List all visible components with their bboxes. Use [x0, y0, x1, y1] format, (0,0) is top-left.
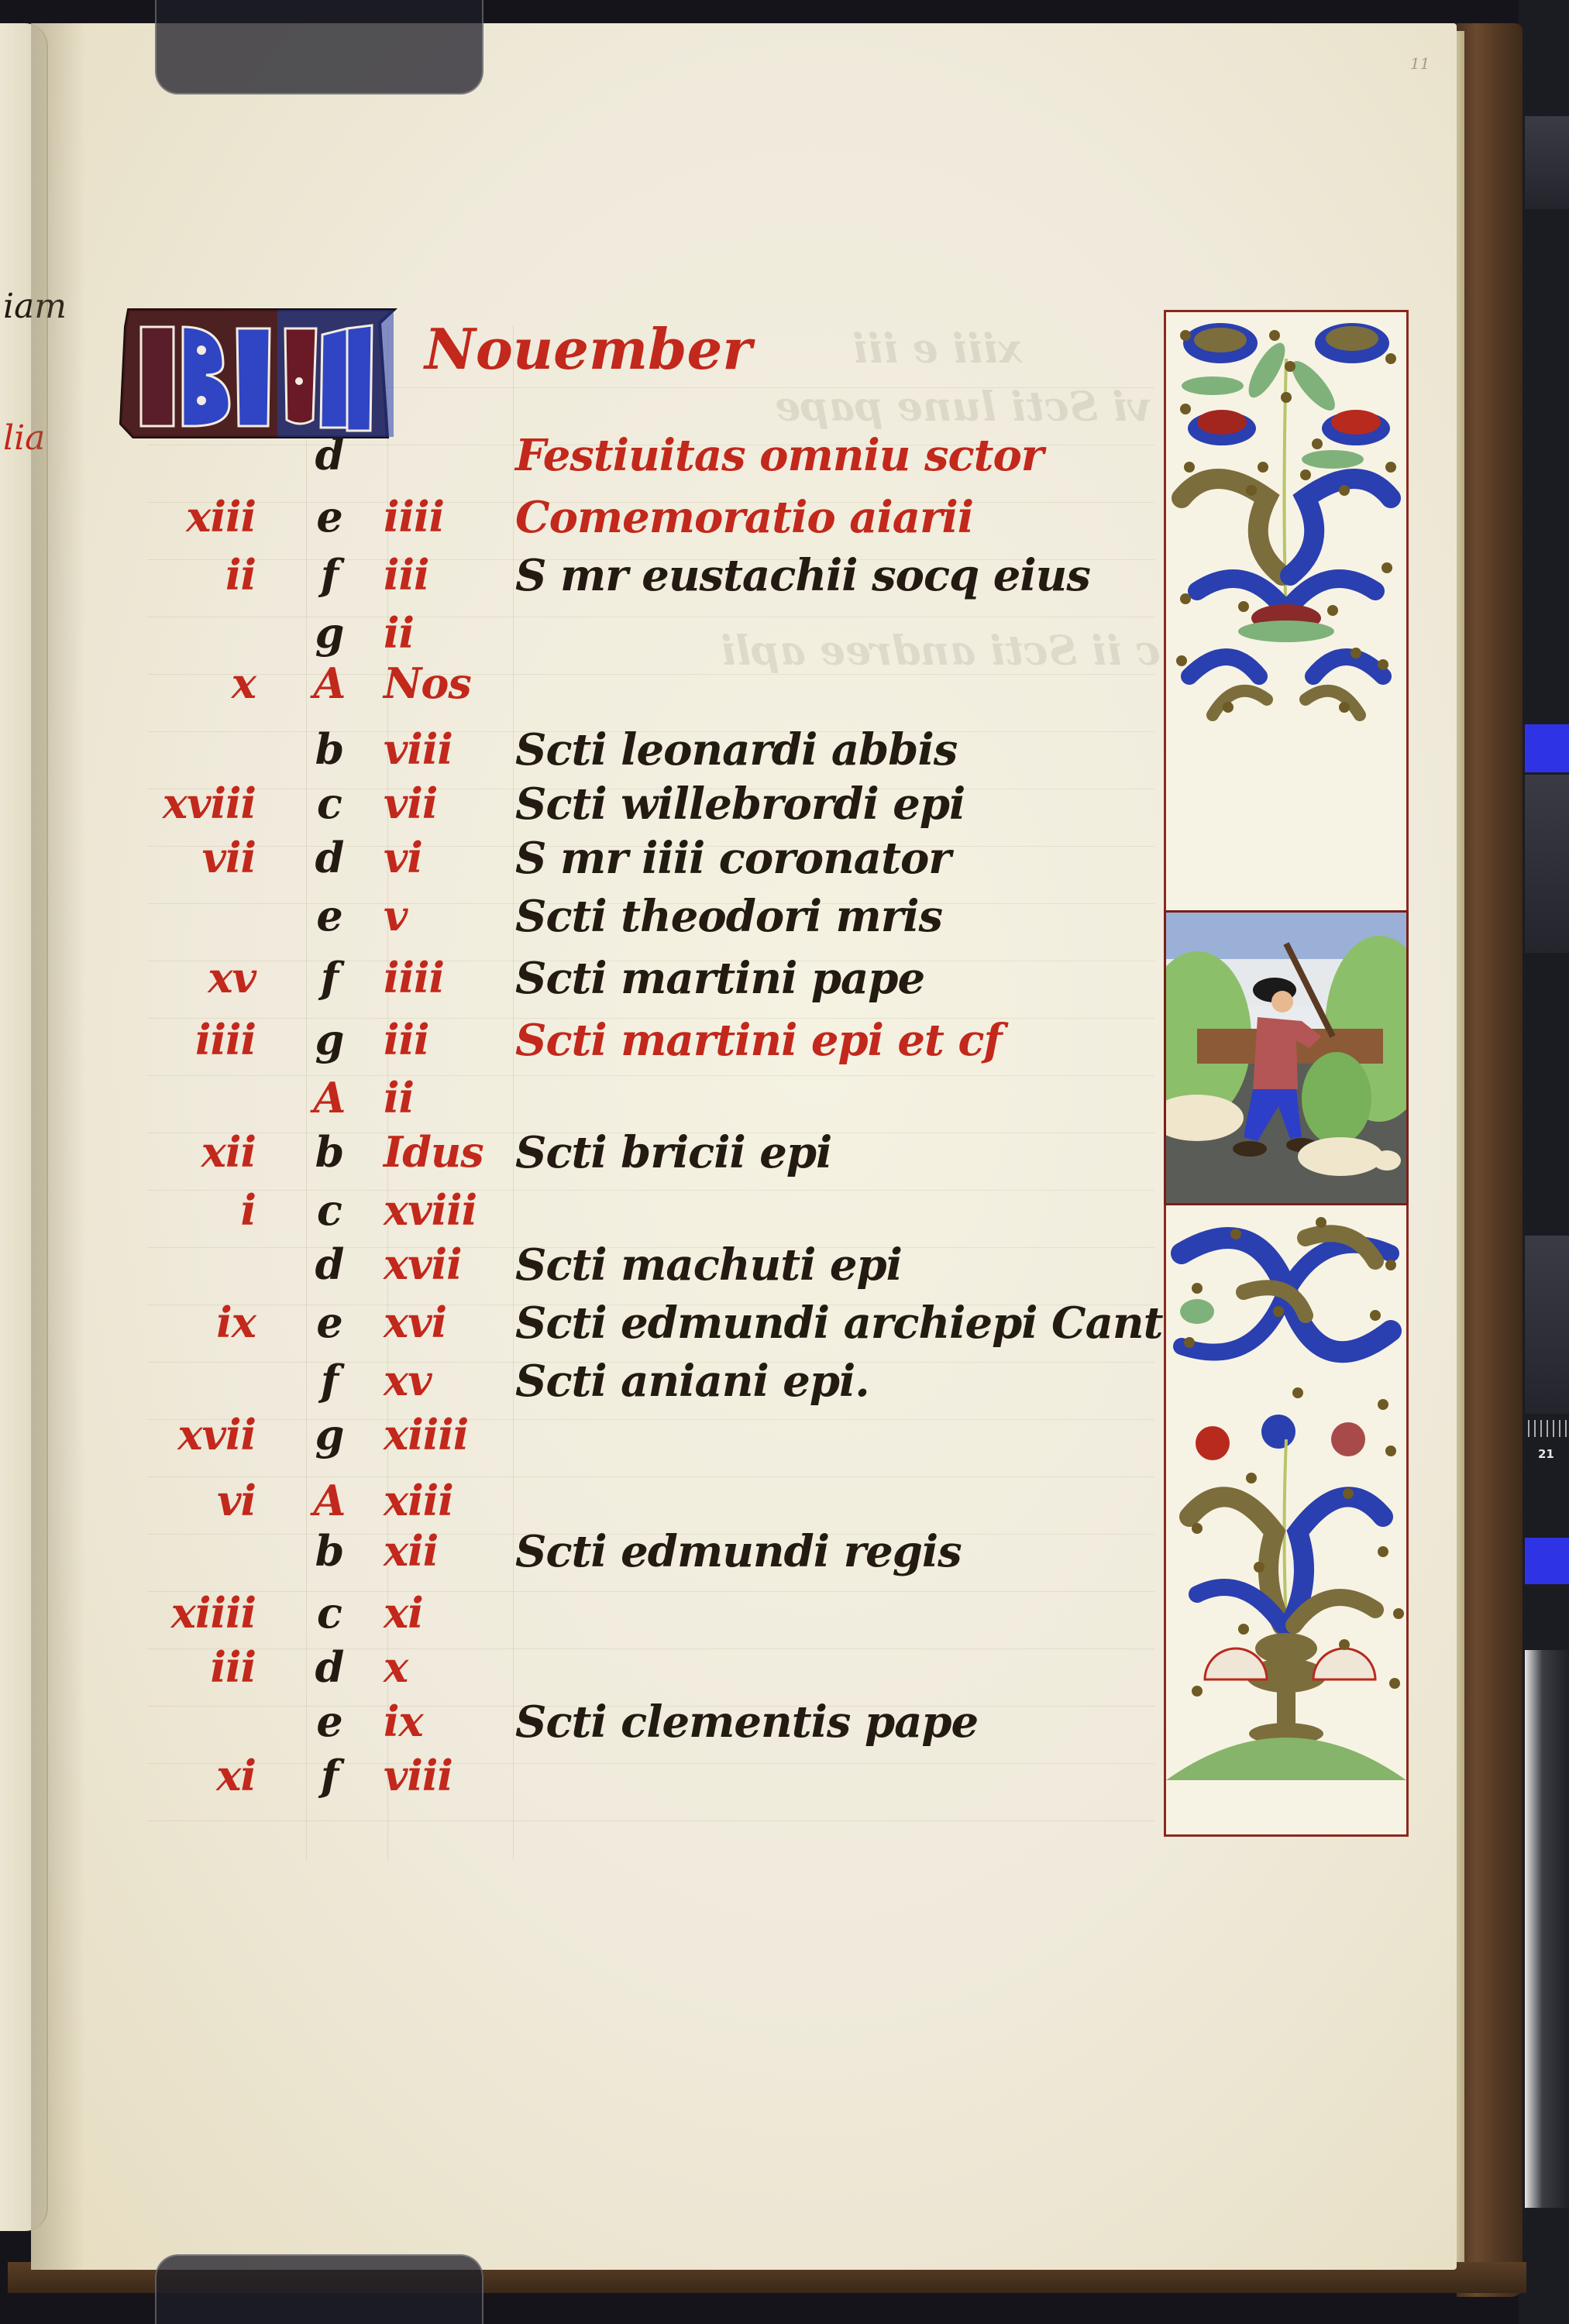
feast-name: Scti edmundi regis	[515, 1530, 962, 1573]
dominical-letter: d	[306, 1646, 353, 1688]
roman-date: xiiii	[384, 1414, 468, 1456]
feast-name: Scti edmundi archiepi Cant	[515, 1301, 1162, 1345]
folio-number: 11	[1410, 54, 1430, 73]
bleed-through-text: xiii e iii	[852, 325, 1022, 373]
ruling-line	[147, 1477, 1154, 1477]
feast-name: Scti martini pape	[515, 957, 924, 1000]
golden-number: ix	[132, 1301, 256, 1343]
feast-name: S mr eustachii socq eius	[515, 554, 1090, 597]
top-clamp	[155, 0, 483, 95]
roman-date: xvi	[384, 1301, 446, 1343]
gutter-shadow	[31, 23, 85, 2270]
roman-date: xii	[384, 1530, 438, 1572]
dominical-letter: d	[306, 434, 353, 476]
ruling-line	[513, 325, 514, 1859]
feast-name: Scti bricii epi	[515, 1131, 831, 1174]
color-scale-grey-patch	[1525, 775, 1569, 953]
color-scale-grey-patch	[1525, 1236, 1569, 1414]
feast-name: Scti willebrordi epi	[515, 782, 965, 826]
labour-of-month-miniature	[1164, 910, 1409, 1205]
ruler-ticks	[1528, 1420, 1567, 1437]
ruling-line	[147, 1419, 1154, 1420]
roman-date: xvii	[384, 1243, 462, 1285]
dominical-letter: A	[306, 1480, 353, 1521]
feast-name: S mr iiii coronator	[515, 837, 951, 880]
dominical-letter: d	[306, 837, 353, 878]
kl-illuminated-initial	[115, 304, 403, 445]
dominical-letter: g	[306, 1414, 353, 1456]
roman-date: Idus	[384, 1131, 483, 1173]
golden-number: iii	[132, 1646, 256, 1688]
dominical-letter: c	[306, 1592, 353, 1634]
roman-date: iiii	[384, 496, 444, 538]
roman-date: ii	[384, 612, 414, 654]
dominical-letter: e	[306, 496, 353, 538]
roman-date: xv	[384, 1360, 432, 1401]
dominical-letter: c	[306, 782, 353, 824]
roman-date: Nos	[384, 662, 471, 704]
dominical-letter: c	[306, 1189, 353, 1231]
ruling-line	[147, 1820, 1154, 1821]
golden-number: i	[132, 1189, 256, 1231]
golden-number: xii	[132, 1131, 256, 1173]
feast-name: Comemoratio aiarii	[515, 496, 973, 539]
dominical-letter: b	[306, 1131, 353, 1173]
roman-date: viii	[384, 1755, 452, 1796]
roman-date: iii	[384, 554, 429, 596]
roman-date: viii	[384, 728, 452, 770]
dominical-letter: e	[306, 1700, 353, 1742]
dominical-letter: A	[306, 662, 353, 704]
bottom-clamp	[155, 2254, 483, 2324]
roman-date: xiii	[384, 1480, 453, 1521]
feast-name: Scti machuti epi	[515, 1243, 902, 1287]
roman-date: iiii	[384, 957, 444, 999]
wooden-binding-board	[1457, 23, 1523, 2297]
color-scale-blue-patch	[1525, 724, 1569, 772]
dominical-letter: f	[306, 957, 353, 999]
golden-number: xv	[132, 957, 256, 999]
dominical-letter: g	[306, 1019, 353, 1061]
golden-number: xvii	[132, 1414, 256, 1456]
golden-number: x	[132, 662, 256, 704]
roman-date: xviii	[384, 1189, 477, 1231]
color-scale-patch	[1525, 116, 1569, 209]
feast-name: Scti aniani epi.	[515, 1360, 869, 1403]
dominical-letter: b	[306, 1530, 353, 1572]
feast-name: Scti theodori mris	[515, 895, 942, 938]
feast-name: Festiuitas omniu sctor	[515, 434, 1043, 477]
dominical-letter: b	[306, 728, 353, 770]
color-scale-blue-patch	[1525, 1538, 1569, 1584]
roman-date: ii	[384, 1077, 414, 1119]
ruler-label: 21	[1538, 1447, 1554, 1461]
golden-number: xviii	[132, 782, 256, 824]
roman-date: x	[384, 1646, 408, 1688]
golden-number: xiii	[132, 496, 256, 538]
ruling-line	[147, 1648, 1154, 1649]
roman-date: iii	[384, 1019, 429, 1061]
dominical-letter: A	[306, 1077, 353, 1119]
color-scale-white-patch	[1525, 1650, 1569, 2208]
swineherd-scene	[1166, 913, 1406, 1203]
ruling-line	[147, 617, 1154, 617]
feast-name: Scti leonardi abbis	[515, 728, 957, 772]
golden-number: xi	[132, 1755, 256, 1796]
feast-name: Scti martini epi et cf	[515, 1019, 1002, 1062]
roman-date: ix	[384, 1700, 423, 1742]
dominical-letter: f	[306, 1755, 353, 1796]
ruling-line	[147, 1591, 1154, 1592]
roman-date: v	[384, 895, 407, 937]
dominical-letter: f	[306, 554, 353, 596]
roman-date: xi	[384, 1592, 423, 1634]
dominical-letter: g	[306, 612, 353, 654]
golden-number: ii	[132, 554, 256, 596]
roman-date: vi	[384, 837, 422, 878]
golden-number: iiii	[132, 1019, 256, 1061]
dominical-letter: e	[306, 1301, 353, 1343]
roman-date: vii	[384, 782, 437, 824]
feast-name: Scti clementis pape	[515, 1700, 978, 1744]
ruling-line	[147, 1075, 1154, 1076]
golden-number: xiiii	[132, 1592, 256, 1634]
dominical-letter: d	[306, 1243, 353, 1285]
month-title: Nouember	[425, 316, 752, 382]
ruling-line	[147, 1763, 1154, 1764]
golden-number: vii	[132, 837, 256, 878]
golden-number: vi	[132, 1480, 256, 1521]
dominical-letter: e	[306, 895, 353, 937]
ruling-line	[147, 1190, 1154, 1191]
dominical-letter: f	[306, 1360, 353, 1401]
